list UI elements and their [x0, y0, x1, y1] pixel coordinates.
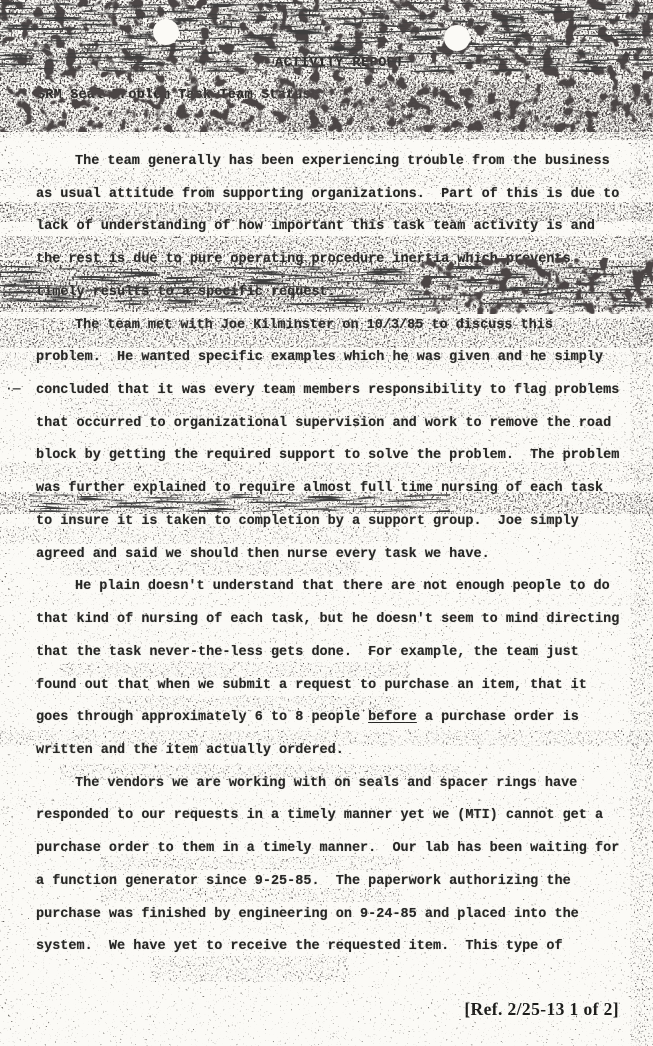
text-line: timely results to a specific request.	[36, 277, 640, 310]
text-line: purchase was finished by engineering on …	[36, 899, 640, 932]
paragraph: The team met with Joe Kilminster on 10/3…	[36, 310, 640, 572]
text-line: a function generator since 9-25-85. The …	[36, 866, 640, 899]
text-line: lack of understanding of how important t…	[36, 211, 640, 244]
underlined-word: before	[368, 710, 417, 725]
text-line: The team generally has been experiencing…	[36, 146, 640, 179]
text-line: The vendors we are working with on seals…	[36, 768, 640, 801]
text-line: the rest is due to pure operating proced…	[36, 244, 640, 277]
paragraph: He plain doesn't understand that there a…	[36, 571, 640, 767]
text-line: He plain doesn't understand that there a…	[36, 571, 640, 604]
reference-label: [Ref. 2/25-13 1 of 2]	[464, 999, 619, 1020]
text-line: agreed and said we should then nurse eve…	[36, 539, 640, 572]
margin-artifact-mark: ·—	[5, 381, 21, 396]
text-line: written and the item actually ordered.	[36, 735, 640, 768]
text-line: The team met with Joe Kilminster on 10/3…	[36, 310, 640, 343]
text-line: as usual attitude from supporting organi…	[36, 179, 640, 212]
text-line: that the task never-the-less gets done. …	[36, 637, 640, 670]
text-line: was further explained to require almost …	[36, 473, 640, 506]
text-line: problem. He wanted specific examples whi…	[36, 342, 640, 375]
document-title: ACTIVITY REPORT	[0, 56, 653, 71]
text-line: system. We have yet to receive the reque…	[36, 931, 640, 964]
text-line: that occurred to organizational supervis…	[36, 408, 640, 441]
scanned-document-page: ACTIVITY REPORT SRM Seal Problem Task Te…	[0, 0, 653, 1046]
text-line: that kind of nursing of each task, but h…	[36, 604, 640, 637]
paragraph: The team generally has been experiencing…	[36, 146, 640, 310]
text-line: responded to our requests in a timely ma…	[36, 800, 640, 833]
paragraph: The vendors we are working with on seals…	[36, 768, 640, 964]
document-subtitle: SRM Seal Problem Task Team Status	[37, 88, 311, 103]
text-line: goes through approximately 6 to 8 people…	[36, 702, 640, 735]
document-body: The team generally has been experiencing…	[36, 146, 640, 964]
text-line: to insure it is taken to completion by a…	[36, 506, 640, 539]
text-line: purchase order to them in a timely manne…	[36, 833, 640, 866]
text-line: found out that when we submit a request …	[36, 670, 640, 703]
text-line: block by getting the required support to…	[36, 440, 640, 473]
text-line: concluded that it was every team members…	[36, 375, 640, 408]
